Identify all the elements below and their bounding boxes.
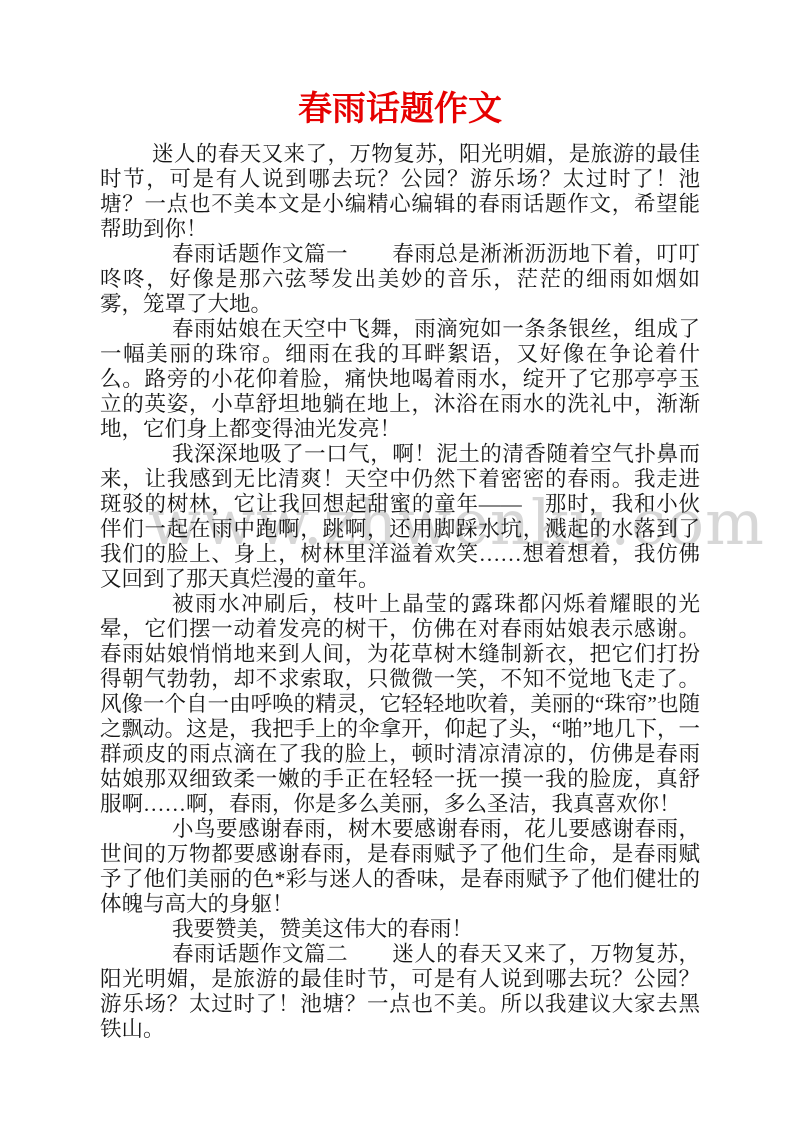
- paragraph: 我深深地吸了一口气，啊！泥土的清香随着空气扑鼻而来，让我感到无比清爽！天空中仍然…: [100, 442, 700, 592]
- paragraph: 春雨话题作文篇二 迷人的春天又来了，万物复苏，阳光明媚，是旅游的最佳时节，可是有…: [100, 942, 700, 1042]
- document-content: 春雨话题作文 迷人的春天又来了，万物复苏，阳光明媚，是旅游的最佳时节，可是有人说…: [100, 88, 700, 1042]
- paragraph: 我要赞美，赞美这伟大的春雨！: [100, 917, 700, 942]
- paragraph: 春雨话题作文篇一 春雨总是淅淅沥沥地下着，叮叮咚咚，好像是那六弦琴发出美妙的音乐…: [100, 242, 700, 317]
- document-page: www.zhwenku.com 春雨话题作文 迷人的春天又来了，万物复苏，阳光明…: [0, 0, 800, 1132]
- paragraph: 春雨姑娘在天空中飞舞，雨滴宛如一条条银丝，组成了一幅美丽的珠帘。细雨在我的耳畔絮…: [100, 317, 700, 442]
- paragraph: 小鸟要感谢春雨，树木要感谢春雨，花儿要感谢春雨，世间的万物都要感谢春雨，是春雨赋…: [100, 817, 700, 917]
- paragraph: 被雨水冲刷后，枝叶上晶莹的露珠都闪烁着耀眼的光晕，它们摆一动着发亮的树干，仿佛在…: [100, 592, 700, 817]
- document-body: 迷人的春天又来了，万物复苏，阳光明媚，是旅游的最佳时节，可是有人说到哪去玩？公园…: [100, 142, 700, 1042]
- paragraph: 迷人的春天又来了，万物复苏，阳光明媚，是旅游的最佳时节，可是有人说到哪去玩？公园…: [100, 142, 700, 242]
- page-title: 春雨话题作文: [100, 88, 700, 132]
